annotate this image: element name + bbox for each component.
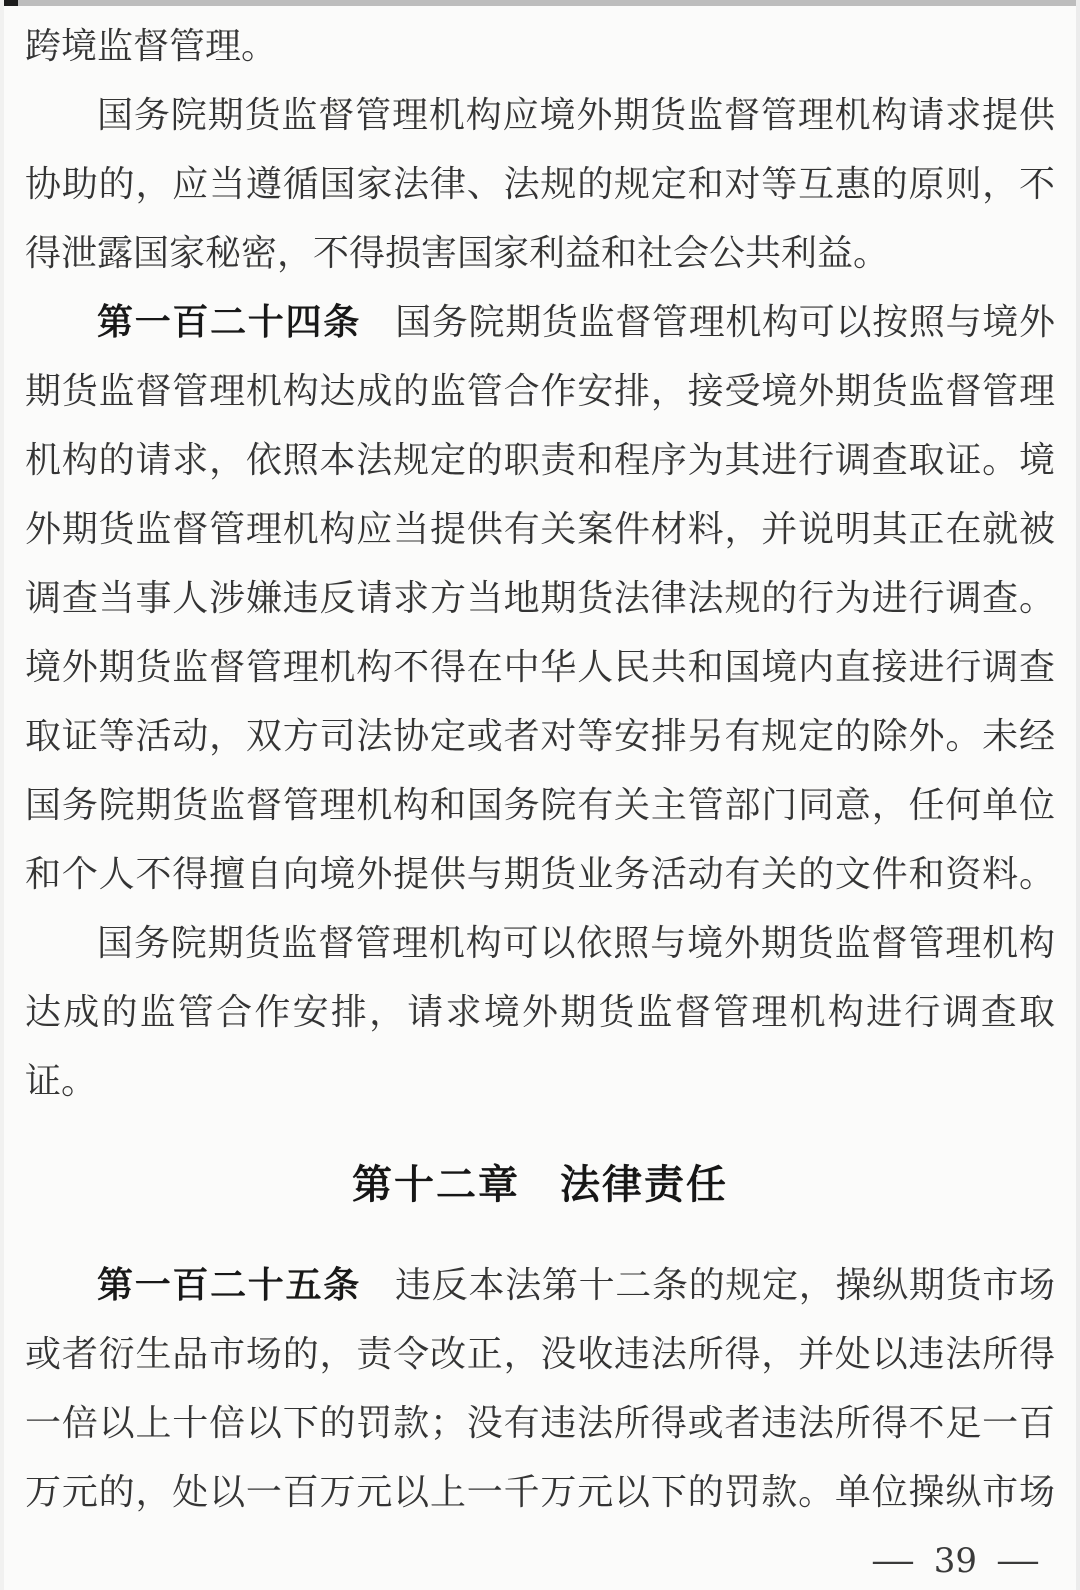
line-text: 国务院期货监督管理机构可以依照与境外期货监督管理机构 [97,923,1055,964]
text-line: 跨境监督管理。 [25,12,1055,81]
line-text: 一倍以上十倍以下的罚款；没有违法所得或者违法所得不足一百 [25,1403,1055,1444]
page-footer: —39— [25,1541,1055,1581]
text-line: 万元的，处以一百万元以上一千万元以下的罚款。单位操纵市场 [25,1458,1055,1527]
scan-artifact-top-edge [0,0,1080,6]
line-text: 得泄露国家秘密，不得损害国家利益和社会公共利益。 [25,233,889,274]
text-line: 国务院期货监督管理机构可以依照与境外期货监督管理机构 [25,909,1055,978]
line-text: 万元的，处以一百万元以上一千万元以下的罚款。单位操纵市场 [25,1472,1055,1513]
text-line: 和个人不得擅自向境外提供与期货业务活动有关的文件和资料。 [25,840,1055,909]
line-text: 国务院期货监督管理机构应境外期货监督管理机构请求提供 [97,95,1055,136]
footer-right-dash: — [996,1541,1040,1581]
text-line: 达成的监管合作安排，请求境外期货监督管理机构进行调查取 [25,978,1055,1047]
text-line: 调查当事人涉嫌违反请求方当地期货法律法规的行为进行调查。 [25,564,1055,633]
text-line: 境外期货监督管理机构不得在中华人民共和国境内直接进行调查 [25,633,1055,702]
scan-artifact-left-edge [0,0,4,1590]
text-line: 或者衍生品市场的，责令改正，没收违法所得，并处以违法所得 [25,1320,1055,1389]
article-number: 第一百二十四条 [97,302,361,343]
line-text: 机构的请求，依照本法规定的职责和程序为其进行调查取证。境 [25,440,1055,481]
line-text: 或者衍生品市场的，责令改正，没收违法所得，并处以违法所得 [25,1334,1055,1375]
text-line: 国务院期货监督管理机构应境外期货监督管理机构请求提供 [25,81,1055,150]
line-text: 国务院期货监督管理机构和国务院有关主管部门同意，任何单位 [25,785,1055,826]
line-text: 证。 [25,1061,97,1102]
text-line: 期货监督管理机构达成的监管合作安排，接受境外期货监督管理 [25,357,1055,426]
scan-artifact-right-edge [1076,0,1080,1590]
line-text: 期货监督管理机构达成的监管合作安排，接受境外期货监督管理 [25,371,1055,412]
text-line: 第一百二十四条国务院期货监督管理机构可以按照与境外 [25,288,1055,357]
line-text: 达成的监管合作安排，请求境外期货监督管理机构进行调查取 [25,992,1055,1033]
line-text: 取证等活动，双方司法协定或者对等安排另有规定的除外。未经 [25,716,1055,757]
text-line: 外期货监督管理机构应当提供有关案件材料，并说明其正在就被 [25,495,1055,564]
article-number: 第一百二十五条 [97,1265,361,1306]
line-text: 国务院期货监督管理机构可以按照与境外 [395,302,1055,343]
text-line: 取证等活动，双方司法协定或者对等安排另有规定的除外。未经 [25,702,1055,771]
line-text: 调查当事人涉嫌违反请求方当地期货法律法规的行为进行调查。 [25,578,1055,619]
text-line: 一倍以上十倍以下的罚款；没有违法所得或者违法所得不足一百 [25,1389,1055,1458]
text-line: 证。 [25,1047,1055,1116]
text-line: 第一百二十五条违反本法第十二条的规定，操纵期货市场 [25,1251,1055,1320]
footer-left-dash: — [871,1541,915,1581]
line-text: 和个人不得擅自向境外提供与期货业务活动有关的文件和资料。 [25,854,1055,895]
chapter-heading: 第十二章法律责任 [25,1150,1055,1220]
text-line: 协助的，应当遵循国家法律、法规的规定和对等互惠的原则，不 [25,150,1055,219]
text-line: 国务院期货监督管理机构和国务院有关主管部门同意，任何单位 [25,771,1055,840]
text-line: 得泄露国家秘密，不得损害国家利益和社会公共利益。 [25,219,1055,288]
document-body: 跨境监督管理。国务院期货监督管理机构应境外期货监督管理机构请求提供协助的，应当遵… [25,12,1055,1581]
line-text: 跨境监督管理。 [25,26,277,67]
line-text: 境外期货监督管理机构不得在中华人民共和国境内直接进行调查 [25,647,1055,688]
chapter-heading-part: 法律责任 [560,1162,728,1208]
page-number: 39 [934,1541,977,1581]
document-page: 跨境监督管理。国务院期货监督管理机构应境外期货监督管理机构请求提供协助的，应当遵… [0,0,1080,1590]
chapter-heading-part: 第十二章 [352,1162,520,1208]
text-line: 机构的请求，依照本法规定的职责和程序为其进行调查取证。境 [25,426,1055,495]
line-text: 协助的，应当遵循国家法律、法规的规定和对等互惠的原则，不 [25,164,1055,205]
line-text: 外期货监督管理机构应当提供有关案件材料，并说明其正在就被 [25,509,1055,550]
line-text: 违反本法第十二条的规定，操纵期货市场 [395,1265,1055,1306]
